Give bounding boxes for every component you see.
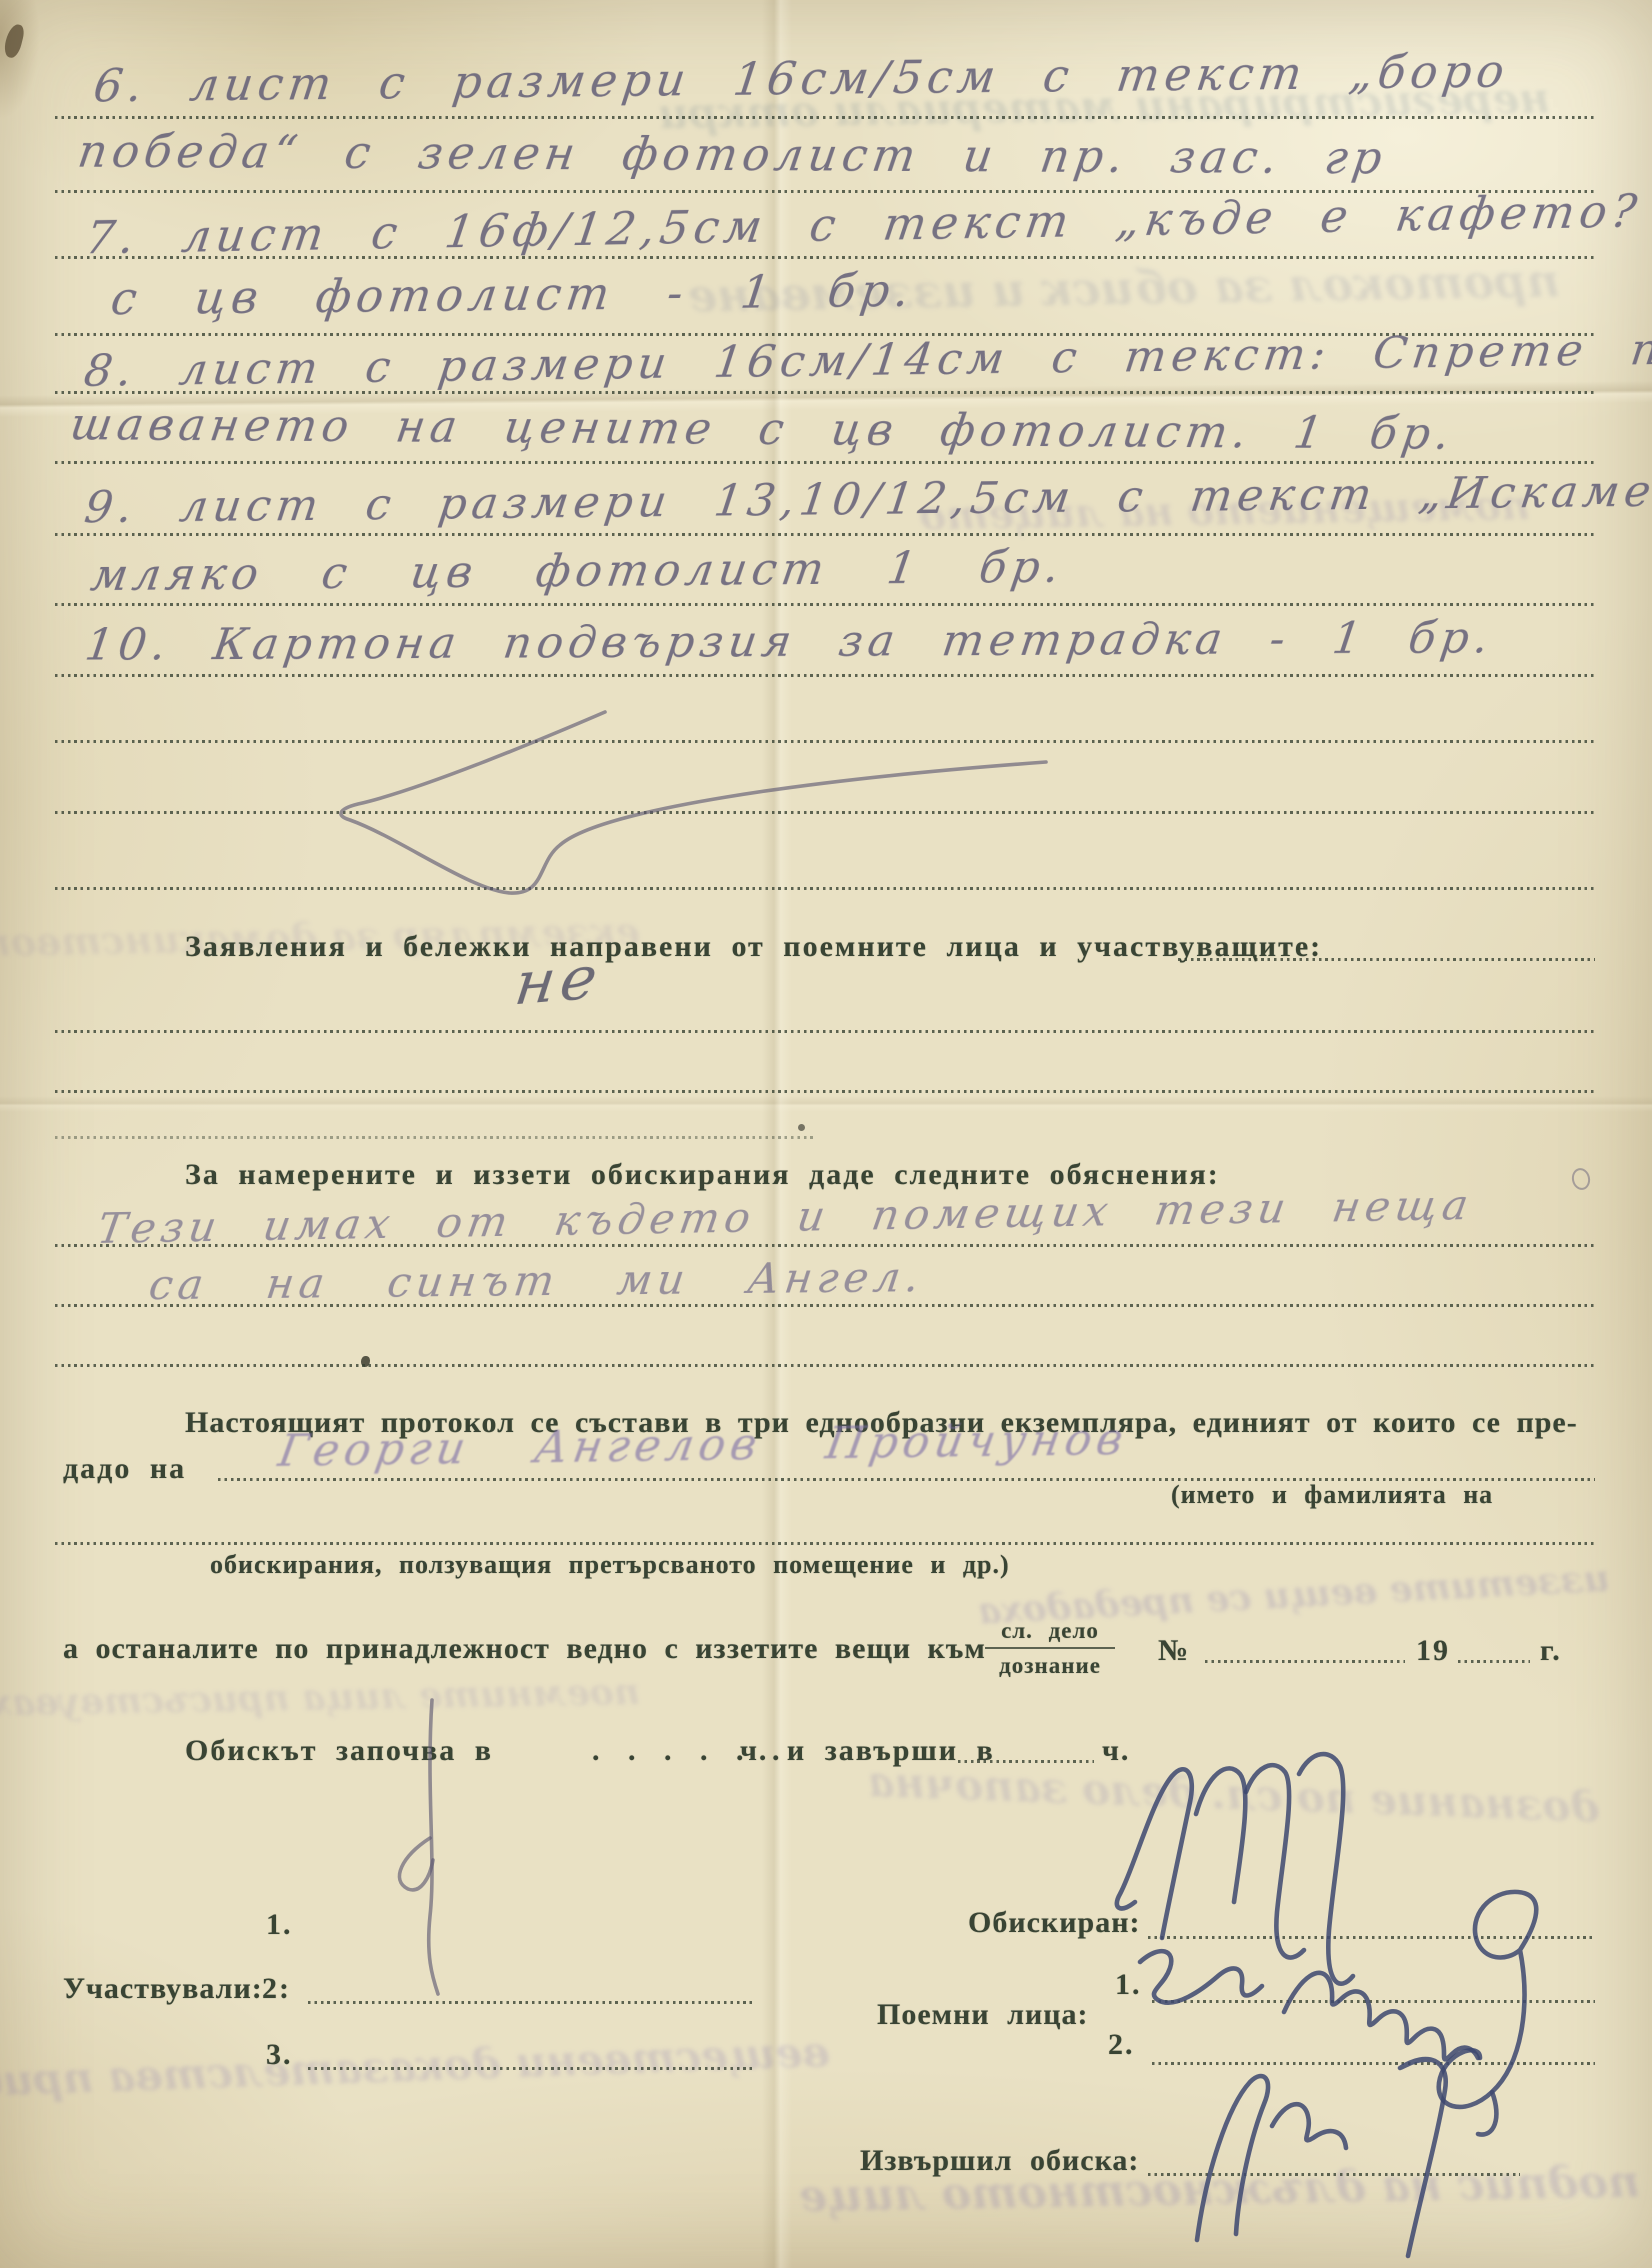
case-fraction-top: сл. дело xyxy=(985,1618,1115,1644)
horizontal-fold-crease xyxy=(0,1096,1652,1112)
dotted-leader xyxy=(1205,1660,1405,1663)
witness-item-2: 2. xyxy=(1108,2028,1135,2062)
inventory-handwriting-line: мляко с цв фотолист 1 бр. xyxy=(88,542,1068,601)
name-note-paren-line1: (името и фамилията на xyxy=(1171,1480,1493,1510)
dotted-line xyxy=(55,1542,1595,1545)
inventory-handwriting-line: 10. Картона подвързия за тетрадка - 1 бр… xyxy=(82,612,1496,670)
participant-item-1: 1. xyxy=(266,1908,293,1942)
dotted-line xyxy=(55,1136,815,1139)
recipient-name-handwriting: Георги Ангелов Пройчунов xyxy=(275,1414,1132,1477)
dotted-leader xyxy=(1152,2000,1595,2003)
participant-item-2: 2: xyxy=(262,1972,291,2006)
witness-item-1: 1. xyxy=(1115,1968,1142,2002)
dotted-line xyxy=(55,887,1595,890)
dotted-leader xyxy=(1148,2173,1520,2176)
pencil-stroke xyxy=(399,1838,433,1890)
time-clause-mid: ч. и завърши в xyxy=(740,1734,995,1768)
case-fraction: сл. дело дознание xyxy=(985,1618,1115,1679)
showthrough-ghost: подпис на длъжностното лице xyxy=(1239,2147,1640,2227)
statements-entry-handwriting: не xyxy=(511,942,606,1019)
given-to-label: дадо на xyxy=(63,1452,186,1486)
search-performer-label: Извършил обиска: xyxy=(860,2144,1139,2178)
inventory-handwriting-line: шаването на цените с цв фотолист. 1 бр. xyxy=(67,399,1458,460)
dotted-line xyxy=(55,1030,1595,1033)
dotted-line xyxy=(55,1364,1595,1367)
ink-speck xyxy=(798,1124,805,1131)
participants-label: Участвували: xyxy=(63,1972,263,2006)
dotted-line xyxy=(55,461,1595,464)
dotted-line xyxy=(55,740,1595,743)
name-note-paren-line2: обискирания, ползуващия претърсваното по… xyxy=(210,1550,1010,1580)
torn-corner-mark xyxy=(2,23,26,60)
inventory-handwriting-line: победа“ с зелен фотолист и пр. зас. гр xyxy=(75,125,1391,185)
case-number-sign: № xyxy=(1158,1634,1190,1668)
showthrough-ghost: иззетите вещи се предадоха xyxy=(1129,1549,1611,1633)
searched-person-label: Обискиран: xyxy=(968,1906,1140,1940)
statements-label: Заявления и бележки направени от поемнит… xyxy=(185,930,1322,964)
pencil-speck xyxy=(1570,1166,1592,1191)
belongings-clause: а останалите по принадлежност ведно с из… xyxy=(63,1632,986,1666)
dotted-line xyxy=(55,811,1595,814)
dotted-leader xyxy=(1152,2062,1595,2065)
case-fraction-bottom: дознание xyxy=(985,1653,1115,1679)
dotted-leader xyxy=(1148,1936,1595,1939)
case-fraction-rule xyxy=(985,1647,1115,1649)
time-clause-end: ч. xyxy=(1102,1734,1130,1768)
witness-signature xyxy=(1284,1892,1536,2135)
dotted-line xyxy=(55,603,1595,606)
year-suffix: г. xyxy=(1540,1634,1562,1668)
dotted-line xyxy=(55,533,1595,536)
explanation-handwriting-line: са на синът ми Ангел. xyxy=(146,1252,927,1309)
year-prefix: 19 xyxy=(1416,1634,1450,1668)
witnesses-label: Поемни лица: xyxy=(877,1998,1089,2032)
inventory-handwriting-line: с цв фотолист - 1 бр. xyxy=(108,264,917,325)
dotted-line xyxy=(55,116,1595,119)
dotted-line xyxy=(55,1304,1595,1307)
dotted-leader xyxy=(1458,1660,1530,1663)
dotted-line xyxy=(55,674,1595,677)
time-clause-start: Обискът започва в xyxy=(185,1734,493,1768)
showthrough-ghost: веществени доказателства прибрани xyxy=(89,2017,831,2112)
dotted-leader xyxy=(958,1760,1094,1763)
showthrough-ghost: поемните лица присъствуваха xyxy=(60,1663,641,1733)
paper-stain xyxy=(0,0,40,120)
dotted-line xyxy=(55,1244,1595,1247)
dotted-leader xyxy=(308,2001,753,2004)
dotted-line xyxy=(55,1090,1595,1093)
participant-item-3: 3. xyxy=(266,2038,293,2072)
dotted-leader xyxy=(1178,958,1595,961)
scanned-document-page: нерегистрирани материали откри протокол … xyxy=(0,0,1652,2268)
dotted-leader xyxy=(308,2067,753,2070)
